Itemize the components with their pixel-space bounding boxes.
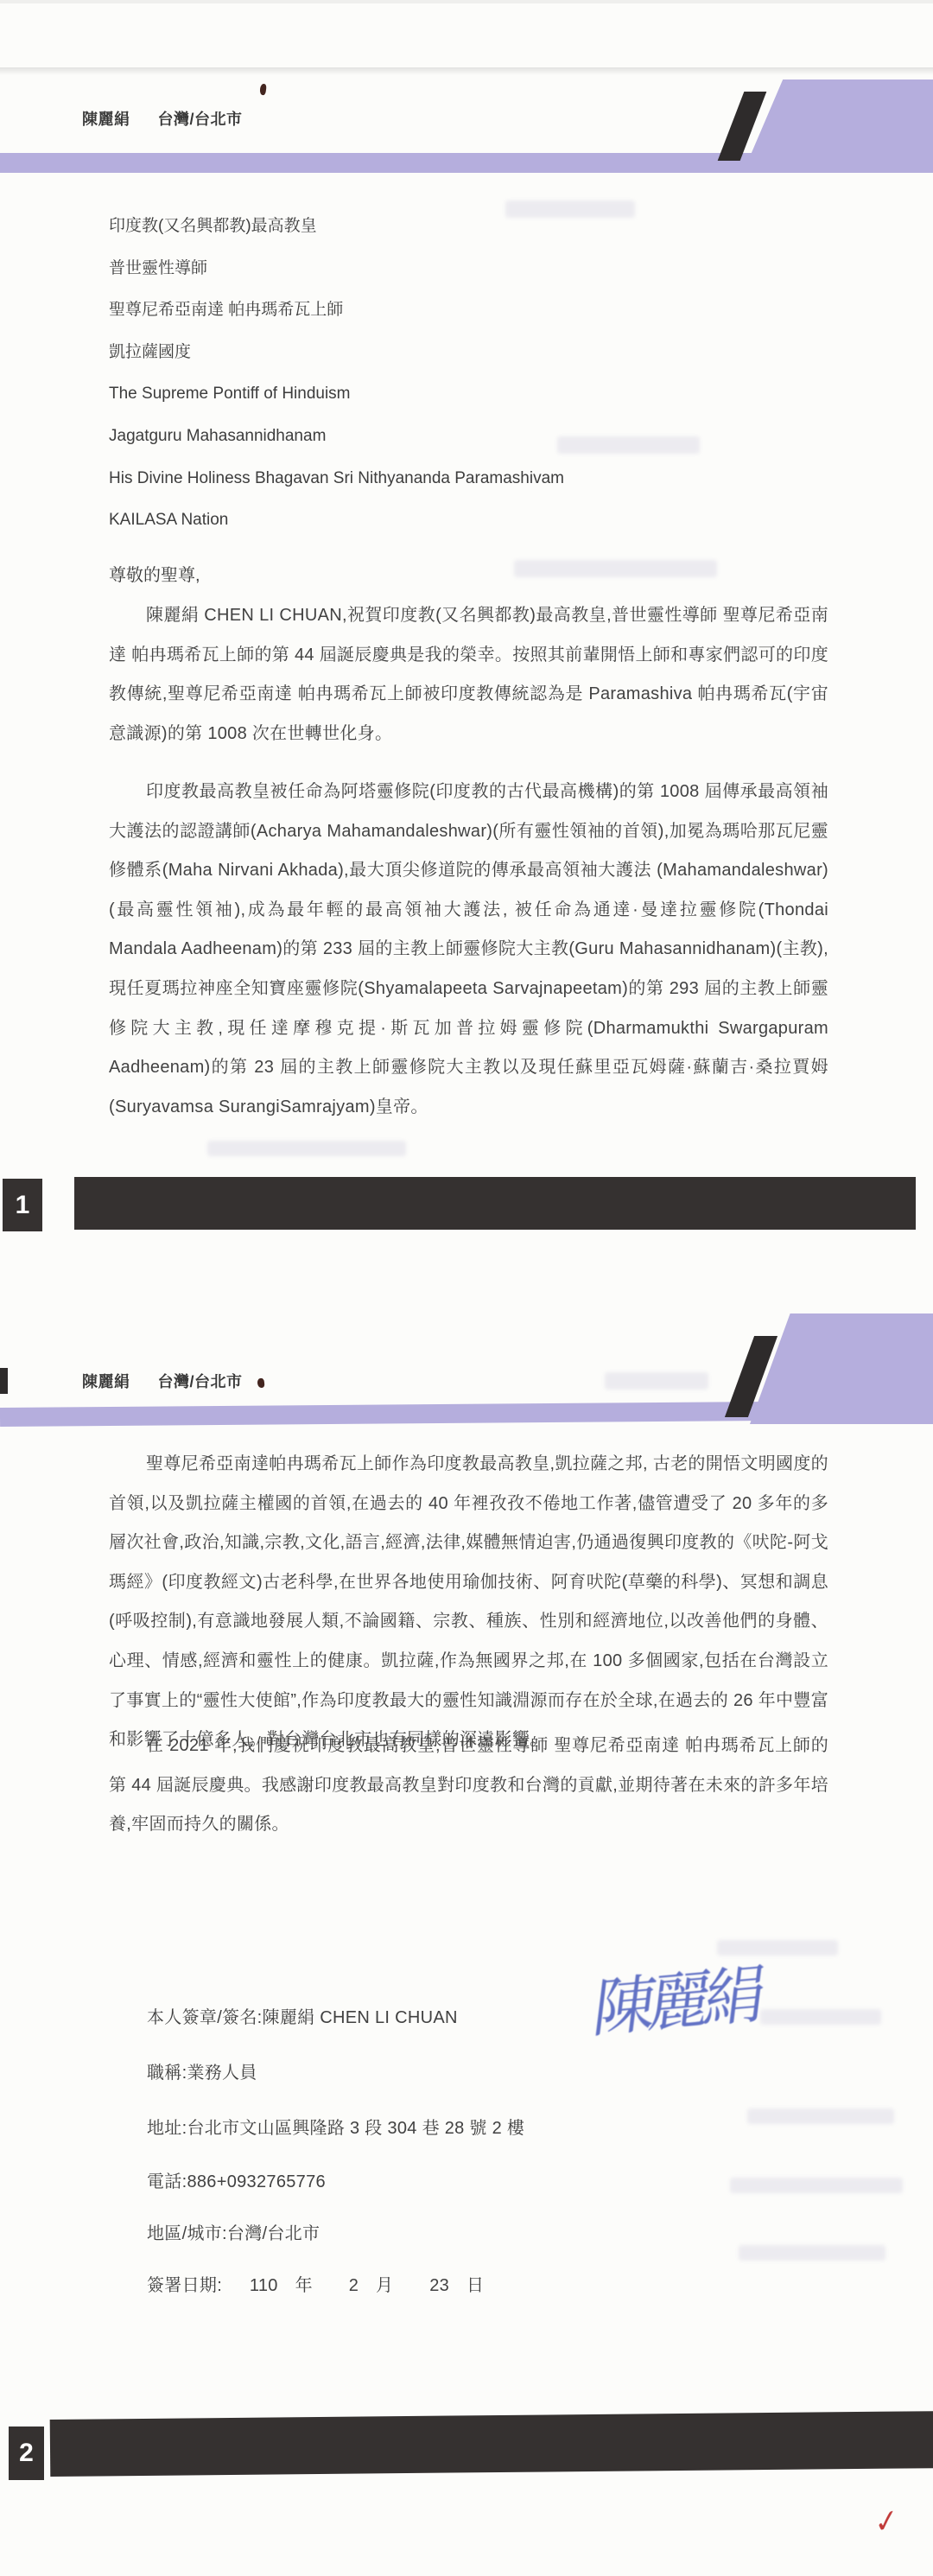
title-line: 凱拉薩國度 xyxy=(109,332,564,374)
scan-shadow-line xyxy=(0,67,933,75)
job-title-line: 職稱:業務人員 xyxy=(147,2058,257,2083)
page2-header: 陳麗絹台灣/台北市 xyxy=(82,1370,243,1392)
recipient-title-block: 印度教(又名興都教)最高教皇 普世靈性導師 聖尊尼希亞南達 帕冉瑪希瓦上師 凱拉… xyxy=(109,206,564,542)
date-month-unit: 月 xyxy=(376,2271,393,2296)
bleed-through-artifact xyxy=(730,2178,903,2193)
ink-speck xyxy=(257,1378,264,1389)
bleed-through-artifact xyxy=(739,2245,885,2261)
page2-number-square: 2 xyxy=(9,2427,44,2480)
date-day-unit: 日 xyxy=(466,2271,484,2296)
bleed-through-artifact xyxy=(760,2009,881,2025)
handwritten-signature: 陳麗絹 xyxy=(589,1943,765,2049)
paragraph-1: 陳麗絹 CHEN LI CHUAN,祝賀印度教(又名興都教)最高教皇,普世靈性導… xyxy=(109,596,828,754)
date-label: 簽署日期: xyxy=(147,2271,222,2296)
sender-name: 陳麗絹 xyxy=(82,1373,130,1390)
header-accent-bar xyxy=(0,1402,771,1427)
title-line: 普世靈性導師 xyxy=(109,248,564,290)
salutation: 尊敬的聖尊, xyxy=(109,561,200,586)
header-corner-block xyxy=(750,1313,933,1424)
ink-speck xyxy=(259,84,267,96)
title-line: 聖尊尼希亞南達 帕冉瑪希瓦上師 xyxy=(109,289,564,332)
title-line: His Divine Holiness Bhagavan Sri Nithyan… xyxy=(109,458,564,500)
signature-name-line: 本人簽章/簽名:陳麗絹 CHEN LI CHUAN xyxy=(147,2003,458,2028)
bleed-through-artifact xyxy=(747,2109,894,2124)
title-line: 印度教(又名興都教)最高教皇 xyxy=(109,206,564,248)
sender-location: 台灣/台北市 xyxy=(158,111,243,128)
title-line: KAILASA Nation xyxy=(109,499,564,542)
paragraph-2: 印度教最高教皇被任命為阿塔靈修院(印度教的古代最高機構)的第 1008 屆傳承最… xyxy=(109,773,828,1127)
edge-tick xyxy=(0,1368,8,1394)
region-line: 地區/城市:台灣/台北市 xyxy=(147,2219,320,2244)
scanned-letter-document: 陳麗絹台灣/台北市 印度教(又名興都教)最高教皇 普世靈性導師 聖尊尼希亞南達 … xyxy=(0,0,933,2576)
header-corner-block xyxy=(743,80,933,173)
bleed-through-artifact xyxy=(557,436,700,454)
date-year: 110 xyxy=(250,2276,278,2296)
page1-number: 1 xyxy=(16,1191,30,1220)
red-check-mark: ✓ xyxy=(873,2501,900,2541)
sender-location: 台灣/台北市 xyxy=(158,1373,243,1390)
page1-number-square: 1 xyxy=(3,1179,42,1231)
phone-line: 電話:886+0932765776 xyxy=(147,2167,326,2192)
signing-date-line: 簽署日期: 110 年 2 月 23 日 xyxy=(147,2271,492,2296)
scan-edge-top xyxy=(0,0,933,3)
page2-number: 2 xyxy=(19,2439,34,2468)
sender-name: 陳麗絹 xyxy=(82,111,130,128)
date-month: 2 xyxy=(349,2276,359,2296)
page1-header: 陳麗絹台灣/台北市 xyxy=(82,107,243,130)
bleed-through-artifact xyxy=(514,560,717,577)
page1-divider-bar xyxy=(74,1177,916,1230)
date-day: 23 xyxy=(429,2276,449,2296)
bleed-through-artifact xyxy=(207,1141,406,1156)
paragraph-1: 聖尊尼希亞南達帕冉瑪希瓦上師作為印度教最高教皇,凱拉薩之邦, 古老的開悟文明國度… xyxy=(109,1445,828,1760)
bleed-through-artifact xyxy=(505,200,635,218)
header-accent-bar xyxy=(0,153,810,173)
page2-divider-bar xyxy=(50,2411,933,2477)
bleed-through-artifact xyxy=(605,1372,708,1390)
date-year-unit: 年 xyxy=(295,2271,313,2296)
title-line: Jagatguru Mahasannidhanam xyxy=(109,416,564,458)
paragraph-2: 在 2021 年,我們慶祝印度教最高教皇,普世靈性導師 聖尊尼希亞南達 帕冉瑪希… xyxy=(109,1727,828,1845)
address-line: 地址:台北市文山區興隆路 3 段 304 巷 28 號 2 樓 xyxy=(147,2114,524,2139)
title-line: The Supreme Pontiff of Hinduism xyxy=(109,373,564,416)
